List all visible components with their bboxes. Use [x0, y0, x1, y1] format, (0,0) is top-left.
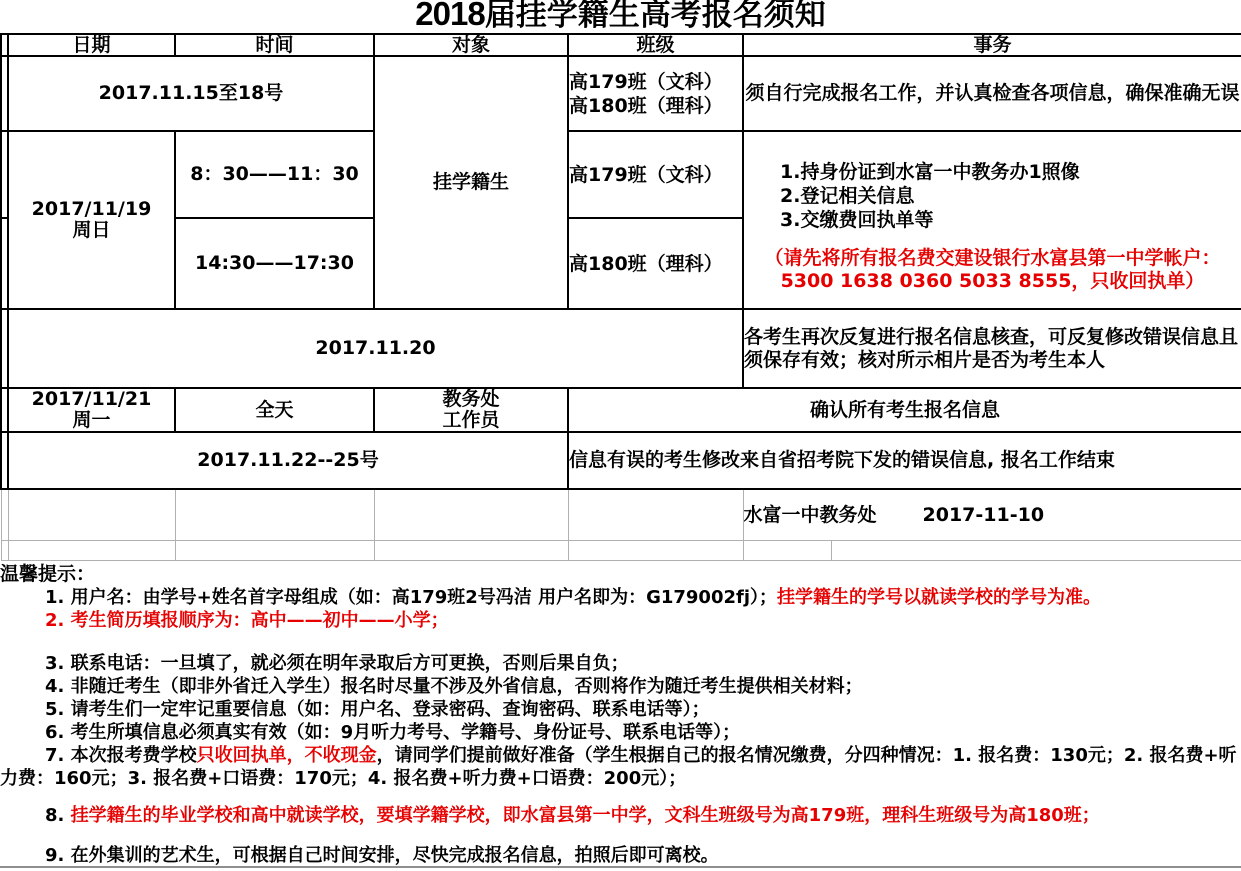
- cell-class-science: 高180班（理科）: [568, 218, 743, 309]
- note-item-8: 8. 挂学籍生的毕业学校和高中就读学校，要填学籍学校，即水富县第一中学，文科生班…: [0, 804, 1241, 827]
- date-line: 周日: [9, 220, 174, 241]
- notes-heading: 温馨提示：: [0, 562, 1241, 586]
- empty-cell: [8, 540, 175, 560]
- bank-note-line: 5300 1638 0360 5033 8555，只收回执单）: [744, 270, 1241, 293]
- edge-sliver-cell: [1, 309, 8, 388]
- note-7-red-text: 只收回执单，不收现金: [197, 745, 377, 766]
- note-item-6: 6. 考生所填信息必须真实有效（如：9月听力考号、学籍号、身份证号、联系电话等）…: [0, 721, 1241, 744]
- cell-matter-confirm: 确认所有考生报名信息: [568, 388, 1241, 432]
- empty-cell: [374, 489, 568, 540]
- header-row: 日期 时间 对象 班级 事务: [1, 34, 1241, 56]
- header-target: 对象: [374, 34, 568, 56]
- edge-sliver-cell: [1, 56, 8, 131]
- header-matter: 事务: [743, 34, 1241, 56]
- cell-date-1120: 2017.11.20: [8, 309, 743, 388]
- cell-date-1122: 2017.11.22--25号: [8, 432, 568, 489]
- cell-time-allday: 全天: [175, 388, 374, 432]
- procedure-step: 1.持身份证到水富一中教务办1照像: [780, 160, 1241, 184]
- cell-matter-fix: 信息有误的考生修改来自省招考院下发的错误信息, 报名工作结束: [568, 432, 1241, 489]
- empty-cell: [374, 540, 568, 560]
- note-item-2: 2. 考生简历填报顺序为：高中——初中——小学；: [0, 609, 1241, 632]
- empty-cell: [8, 489, 175, 540]
- signature-org: 水富一中教务处: [744, 504, 877, 526]
- note-item-5: 5. 请考生们一定牢记重要信息（如：用户名、登录密码、查询密码、联系电话等）；: [0, 698, 1241, 721]
- cell-date-1121: 2017/11/21 周一: [8, 388, 175, 432]
- edge-sliver-cell: [1, 388, 8, 432]
- class-line: 高180班（理科）: [569, 94, 742, 118]
- class-line: 高179班（文科）: [569, 70, 742, 94]
- cell-target-office: 教务处 工作员: [374, 388, 568, 432]
- note-item-4: 4. 非随迁考生（即非外省迁入学生）报名时尽量不涉及外省信息，否则将作为随迁考生…: [0, 675, 1241, 698]
- table-row: 2017/11/19 周日 8：30——11：30 高179班（文科） 1.持身…: [1, 131, 1241, 218]
- edge-sliver-cell: [1, 131, 8, 218]
- empty-cell: [568, 540, 743, 560]
- title-year: 2018: [415, 0, 484, 32]
- bank-account-note: （请先将所有报名费交建设银行水富县第一中学帐户： 5300 1638 0360 …: [744, 247, 1241, 293]
- target-line: 教务处: [375, 389, 567, 410]
- note-item-1: 1. 用户名：由学号+姓名首字母组成（如：高179班2号冯洁 用户名即为：G17…: [0, 586, 1241, 609]
- note-8-red-text: 挂学籍生的毕业学校和高中就读学校，要填学籍学校，即水富县第一中学，文科生班级号为…: [71, 805, 1100, 826]
- cell-time-pm: 14:30——17:30: [175, 218, 374, 309]
- signature-date: 2017-11-10: [923, 504, 1045, 526]
- note-item-7: 7. 本次报考费学校只收回执单，不收现金，请同学们提前做好准备（学生根据自己的报…: [0, 744, 1241, 790]
- cell-class-both: 高179班（文科） 高180班（理科）: [568, 56, 743, 131]
- cell-matter-procedure: 1.持身份证到水富一中教务办1照像 2.登记相关信息 3.交缴费回执单等 （请先…: [743, 131, 1241, 309]
- cell-matter-selfregister: 须自行完成报名工作，并认真检查各项信息，确保准确无误: [743, 56, 1241, 131]
- note-item-3: 3. 联系电话：一旦填了，就必须在明年录取后方可更换，否则后果自负；: [0, 652, 1241, 675]
- note-1-text: 1. 用户名：由学号+姓名首字母组成（如：高179班2号冯洁 用户名即为：G17…: [45, 587, 777, 608]
- empty-cell: [831, 540, 1241, 560]
- document-page: 2018届挂学籍生高考报名须知 日期 时间 对象 班级 事务 2017.11.1…: [0, 0, 1241, 871]
- empty-cell: [175, 540, 374, 560]
- header-date: 日期: [8, 34, 175, 56]
- procedure-list: 1.持身份证到水富一中教务办1照像 2.登记相关信息 3.交缴费回执单等: [744, 160, 1241, 232]
- title-text: 届挂学籍生高考报名须知: [485, 0, 826, 33]
- empty-cell: [568, 489, 743, 540]
- cell-date-1119: 2017/11/19 周日: [8, 131, 175, 309]
- target-line: 工作员: [375, 410, 567, 431]
- table-row: 2017.11.15至18号 挂学籍生 高179班（文科） 高180班（理科） …: [1, 56, 1241, 131]
- empty-cell: [743, 540, 831, 560]
- note-8-number: 8.: [45, 805, 64, 826]
- schedule-table: 日期 时间 对象 班级 事务 2017.11.15至18号 挂学籍生 高179班…: [0, 33, 1241, 561]
- empty-cell: [1, 489, 8, 540]
- notes-section: 温馨提示： 1. 用户名：由学号+姓名首字母组成（如：高179班2号冯洁 用户名…: [0, 562, 1241, 867]
- note-item-9: 9. 在外集训的艺术生，可根据自己时间安排，尽快完成报名信息，拍照后即可离校。: [0, 844, 1241, 867]
- cell-signature: 水富一中教务处2017-11-10: [743, 489, 1241, 540]
- cell-date-1115: 2017.11.15至18号: [8, 56, 374, 131]
- empty-cell: [175, 489, 374, 540]
- cell-class-arts: 高179班（文科）: [568, 131, 743, 218]
- signature-row: 水富一中教务处2017-11-10: [1, 489, 1241, 540]
- date-line: 2017/11/19: [9, 199, 174, 220]
- cell-matter-recheck: 各考生再次反复进行报名信息核查，可反复修改错误信息且须保存有效；核对所示相片是否…: [743, 309, 1241, 388]
- edge-sliver-cell: [1, 34, 8, 56]
- cell-time-am: 8：30——11：30: [175, 131, 374, 218]
- note-1-red-text: 挂学籍生的学号以就读学校的学号为准。: [777, 587, 1101, 608]
- edge-sliver-cell: [1, 218, 8, 309]
- cell-target-students: 挂学籍生: [374, 56, 568, 309]
- empty-grid-row: [1, 540, 1241, 560]
- table-row: 2017/11/21 周一 全天 教务处 工作员 确认所有考生报名信息: [1, 388, 1241, 432]
- procedure-step: 3.交缴费回执单等: [780, 208, 1241, 232]
- table-row: 2017.11.22--25号 信息有误的考生修改来自省招考院下发的错误信息, …: [1, 432, 1241, 489]
- bottom-divider: [0, 866, 1241, 868]
- header-time: 时间: [175, 34, 374, 56]
- page-title: 2018届挂学籍生高考报名须知: [0, 0, 1241, 33]
- note-7-text-1: 7. 本次报考费学校: [45, 745, 197, 766]
- date-line: 2017/11/21: [9, 389, 174, 410]
- procedure-step: 2.登记相关信息: [780, 184, 1241, 208]
- date-line: 周一: [9, 410, 174, 431]
- table-row: 2017.11.20 各考生再次反复进行报名信息核查，可反复修改错误信息且须保存…: [1, 309, 1241, 388]
- bank-note-line: （请先将所有报名费交建设银行水富县第一中学帐户：: [744, 247, 1241, 270]
- empty-cell: [1, 540, 8, 560]
- edge-sliver-cell: [1, 432, 8, 489]
- header-class: 班级: [568, 34, 743, 56]
